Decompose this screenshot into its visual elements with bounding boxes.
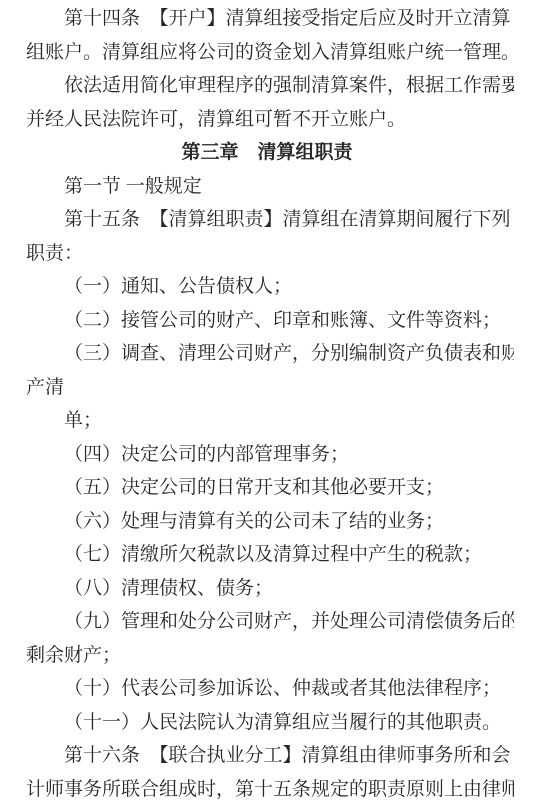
section-heading: 第一节 一般规定 — [26, 170, 514, 204]
article-14-line-3: 依法适用简化审理程序的强制清算案件，根据工作需要 — [26, 69, 514, 103]
article-14-line-4: 并经人民法院许可，清算组可暂不开立账户。 — [26, 103, 514, 137]
article-15-item-1: （一）通知、公告债权人； — [26, 270, 514, 304]
article-15-item-10: （十）代表公司参加诉讼、仲裁或者其他法律程序； — [26, 672, 514, 706]
article-15-line-1: 第十五条 【清算组职责】清算组在清算期间履行下列 — [26, 203, 514, 237]
article-15-item-9-line-2: 剩余财产； — [26, 639, 514, 673]
article-15-item-3-line-2: 产清 — [26, 371, 514, 405]
article-15-item-3-line-3: 单； — [26, 404, 514, 438]
article-15-item-4: （四）决定公司的内部管理事务； — [26, 438, 514, 472]
article-15-item-2: （二）接管公司的财产、印章和账簿、文件等资料； — [26, 304, 514, 338]
document-page: 第十四条 【开户】清算组接受指定后应及时开立清算 组账户。清算组应将公司的资金划… — [0, 0, 534, 807]
article-15-item-8: （八）清理债权、债务； — [26, 572, 514, 606]
article-15-line-2: 职责： — [26, 237, 514, 271]
article-15-item-7: （七）清缴所欠税款以及清算过程中产生的税款； — [26, 538, 514, 572]
article-14-line-2: 组账户。清算组应将公司的资金划入清算组账户统一管理。 — [26, 36, 514, 70]
article-16-line-1: 第十六条 【联合执业分工】清算组由律师事务所和会 — [26, 739, 514, 773]
article-16-line-2: 计师事务所联合组成时，第十五条规定的职责原则上由律师 — [26, 773, 514, 807]
article-15-item-6: （六）处理与清算有关的公司未了结的业务； — [26, 505, 514, 539]
chapter-heading: 第三章 清算组职责 — [0, 136, 534, 170]
article-15-item-11: （十一）人民法院认为清算组应当履行的其他职责。 — [26, 706, 514, 740]
article-14-line-1: 第十四条 【开户】清算组接受指定后应及时开立清算 — [26, 2, 514, 36]
article-15-item-5: （五）决定公司的日常开支和其他必要开支； — [26, 471, 514, 505]
article-15-item-3-line-1: （三）调查、清理公司财产，分别编制资产负债表和财 — [26, 337, 514, 371]
article-15-item-9-line-1: （九）管理和处分公司财产，并处理公司清偿债务后的 — [26, 605, 514, 639]
